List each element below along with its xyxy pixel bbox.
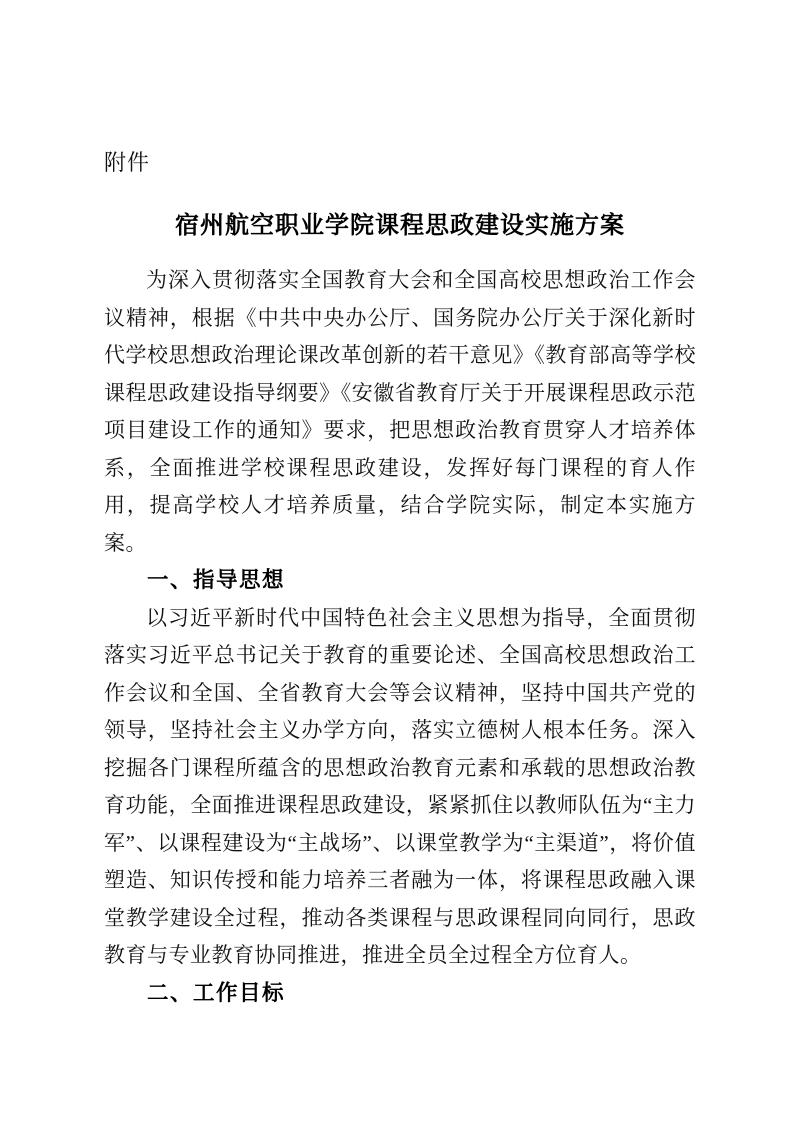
attachment-label: 附件	[104, 150, 696, 176]
document-page: 附件 宿州航空职业学院课程思政建设实施方案 为深入贯彻落实全国教育大会和全国高校…	[0, 0, 794, 1122]
section-heading-guiding-ideology: 一、指导思想	[104, 562, 696, 600]
document-title: 宿州航空职业学院课程思政建设实施方案	[104, 210, 696, 242]
document-body: 为深入贯彻落实全国教育大会和全国高校思想政治工作会议精神，根据《中共中央办公厅、…	[104, 262, 696, 1012]
paragraph-guiding-ideology: 以习近平新时代中国特色社会主义思想为指导，全面贯彻落实习近平总书记关于教育的重要…	[104, 600, 696, 975]
section-heading-work-goals: 二、工作目标	[104, 975, 696, 1013]
paragraph-preamble: 为深入贯彻落实全国教育大会和全国高校思想政治工作会议精神，根据《中共中央办公厅、…	[104, 262, 696, 562]
